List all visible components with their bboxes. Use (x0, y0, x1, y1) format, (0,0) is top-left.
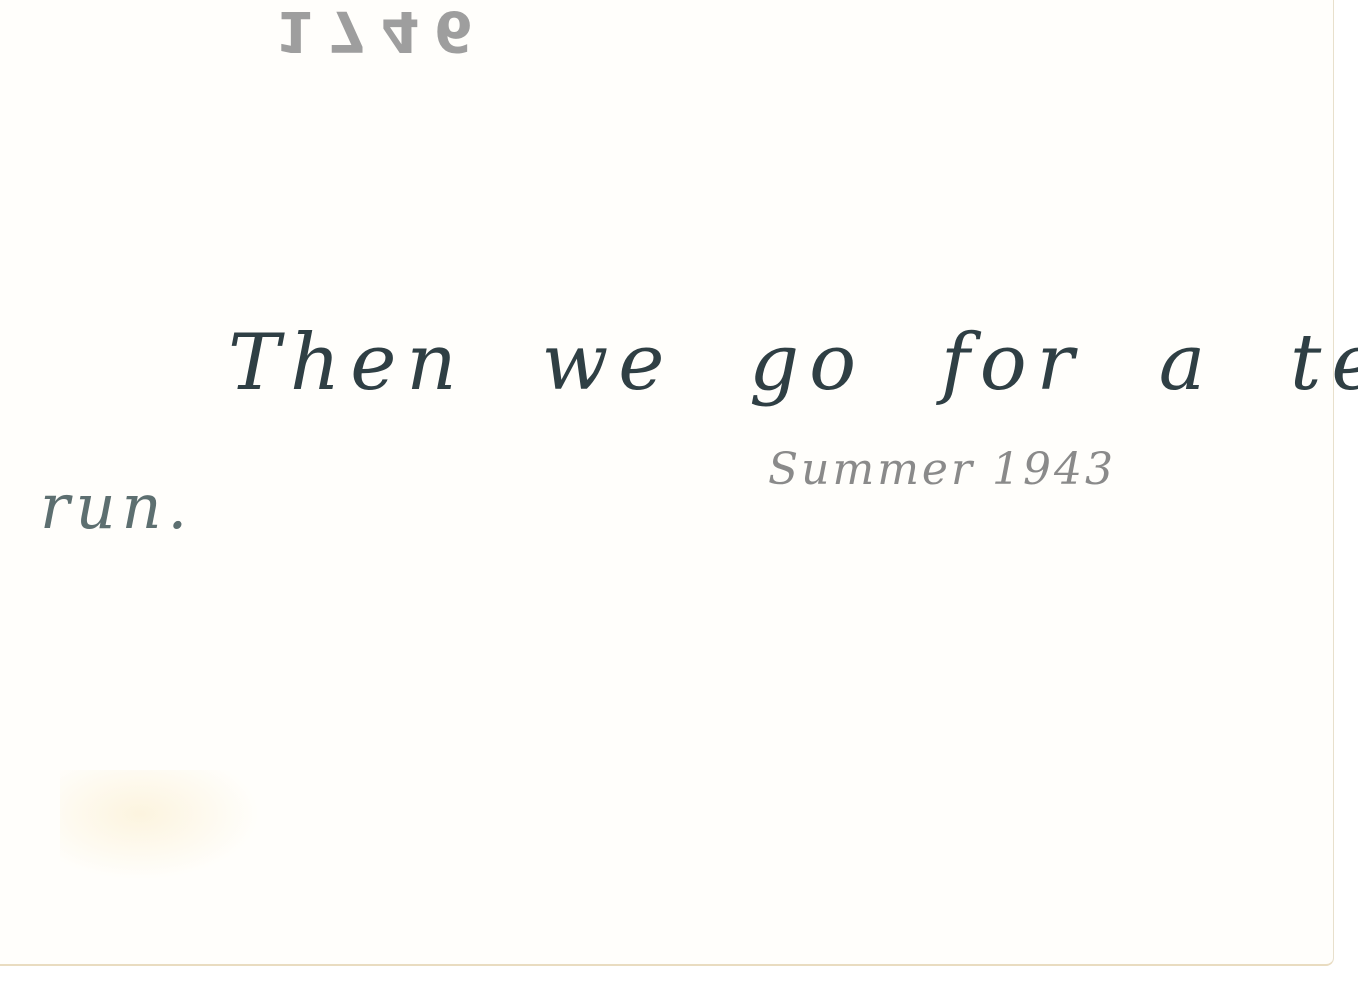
photo-card-back: 1746 Then we go for a test run. Summer 1… (0, 0, 1334, 966)
handwritten-caption-line-1: Then we go for a test (228, 318, 1358, 408)
pencil-date-note: Summer 1943 (768, 444, 1116, 495)
stamped-number: 1746 (275, 2, 487, 58)
paper-stain (60, 770, 260, 880)
handwritten-caption-line-2: run. (40, 470, 193, 543)
